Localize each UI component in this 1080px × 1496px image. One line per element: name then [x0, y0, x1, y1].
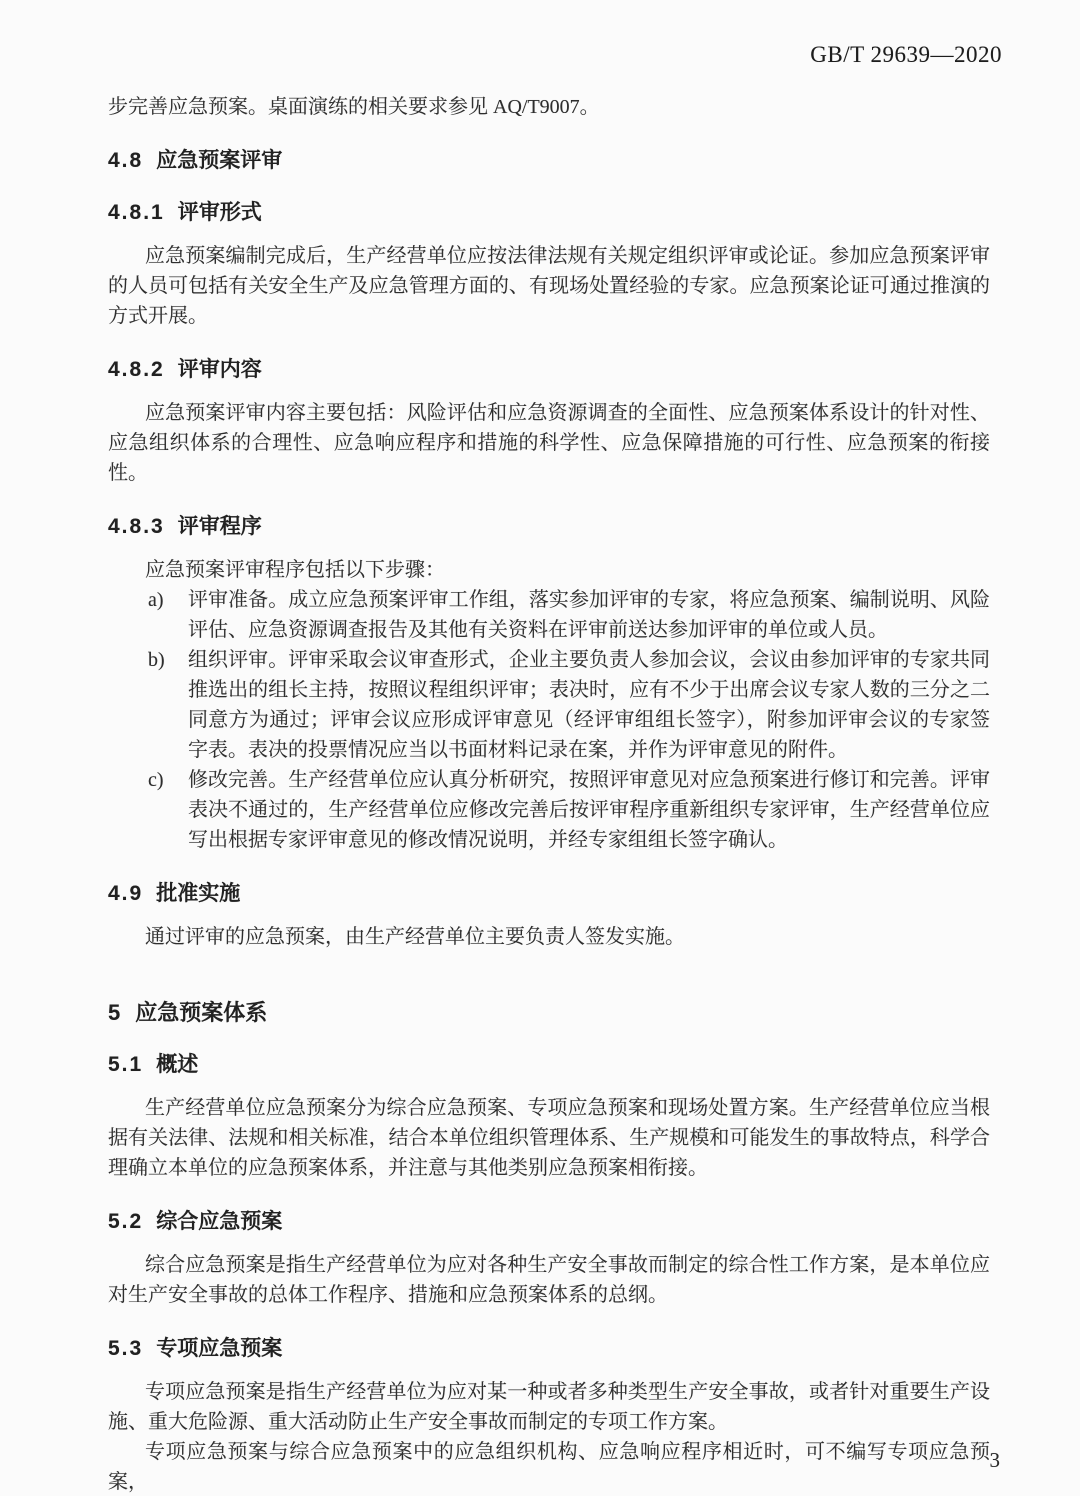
heading-title: 评审内容 — [178, 358, 262, 381]
section-heading: 5.2综合应急预案 — [108, 1209, 990, 1235]
standard-code: GB/T 29639—2020 — [810, 42, 1002, 68]
list-item-marker: a) — [148, 585, 164, 615]
list-item: a)评审准备。成立应急预案评审工作组，落实参加评审的专家，将应急预案、编制说明、… — [108, 585, 990, 645]
heading-title: 应急预案体系 — [135, 1000, 267, 1025]
heading-title: 专项应急预案 — [156, 1337, 282, 1360]
heading-number: 4.8.2 — [108, 358, 165, 381]
section-heading: 4.8.1评审形式 — [108, 200, 990, 226]
document-body: 步完善应急预案。桌面演练的相关要求参见 AQ/T9007。4.8应急预案评审4.… — [108, 92, 990, 1496]
heading-number: 4.8.3 — [108, 515, 165, 538]
heading-title: 批准实施 — [156, 882, 240, 905]
list-item-marker: c) — [148, 765, 164, 795]
section-heading: 5.3专项应急预案 — [108, 1336, 990, 1362]
section-heading: 5.1概述 — [108, 1052, 990, 1078]
heading-number: 5.3 — [108, 1337, 143, 1360]
heading-number: 4.9 — [108, 882, 143, 905]
list-item: c)修改完善。生产经营单位应认真分析研究，按照评审意见对应急预案进行修订和完善。… — [108, 765, 990, 855]
heading-title: 评审形式 — [178, 201, 262, 224]
section-heading: 4.8应急预案评审 — [108, 148, 990, 174]
heading-title: 概述 — [156, 1053, 198, 1076]
heading-number: 5.2 — [108, 1210, 143, 1233]
heading-title: 评审程序 — [178, 515, 262, 538]
chapter-heading: 5应急预案体系 — [108, 1000, 990, 1026]
list-item: b)组织评审。评审采取会议审查形式，企业主要负责人参加会议，会议由参加评审的专家… — [108, 645, 990, 765]
list-item-text: 组织评审。评审采取会议审查形式，企业主要负责人参加会议，会议由参加评审的专家共同… — [188, 649, 990, 761]
paragraph: 生产经营单位应急预案分为综合应急预案、专项应急预案和现场处置方案。生产经营单位应… — [108, 1093, 990, 1183]
heading-number: 5 — [108, 1000, 122, 1025]
section-heading: 4.8.3评审程序 — [108, 514, 990, 540]
paragraph: 应急预案评审内容主要包括：风险评估和应急资源调查的全面性、应急预案体系设计的针对… — [108, 398, 990, 488]
paragraph: 应急预案编制完成后，生产经营单位应按法律法规有关规定组织评审或论证。参加应急预案… — [108, 241, 990, 331]
heading-title: 综合应急预案 — [156, 1210, 282, 1233]
paragraph: 专项应急预案是指生产经营单位为应对某一种或者多种类型生产安全事故，或者针对重要生… — [108, 1377, 990, 1437]
heading-number: 4.8 — [108, 149, 143, 172]
section-heading: 4.9批准实施 — [108, 881, 990, 907]
page-number: 3 — [990, 1448, 1001, 1473]
paragraph: 专项应急预案与综合应急预案中的应急组织机构、应急响应程序相近时，可不编写专项应急… — [108, 1437, 990, 1496]
heading-number: 5.1 — [108, 1053, 143, 1076]
list-item-text: 评审准备。成立应急预案评审工作组，落实参加评审的专家，将应急预案、编制说明、风险… — [188, 589, 990, 641]
document-page: GB/T 29639—2020 步完善应急预案。桌面演练的相关要求参见 AQ/T… — [0, 0, 1080, 1496]
paragraph: 综合应急预案是指生产经营单位为应对各种生产安全事故而制定的综合性工作方案，是本单… — [108, 1250, 990, 1310]
heading-title: 应急预案评审 — [156, 149, 282, 172]
paragraph: 应急预案评审程序包括以下步骤： — [108, 555, 990, 585]
list-item-marker: b) — [148, 645, 165, 675]
heading-number: 4.8.1 — [108, 201, 165, 224]
paragraph: 步完善应急预案。桌面演练的相关要求参见 AQ/T9007。 — [108, 92, 990, 122]
paragraph: 通过评审的应急预案，由生产经营单位主要负责人签发实施。 — [108, 922, 990, 952]
section-heading: 4.8.2评审内容 — [108, 357, 990, 383]
list-item-text: 修改完善。生产经营单位应认真分析研究，按照评审意见对应急预案进行修订和完善。评审… — [188, 769, 990, 851]
